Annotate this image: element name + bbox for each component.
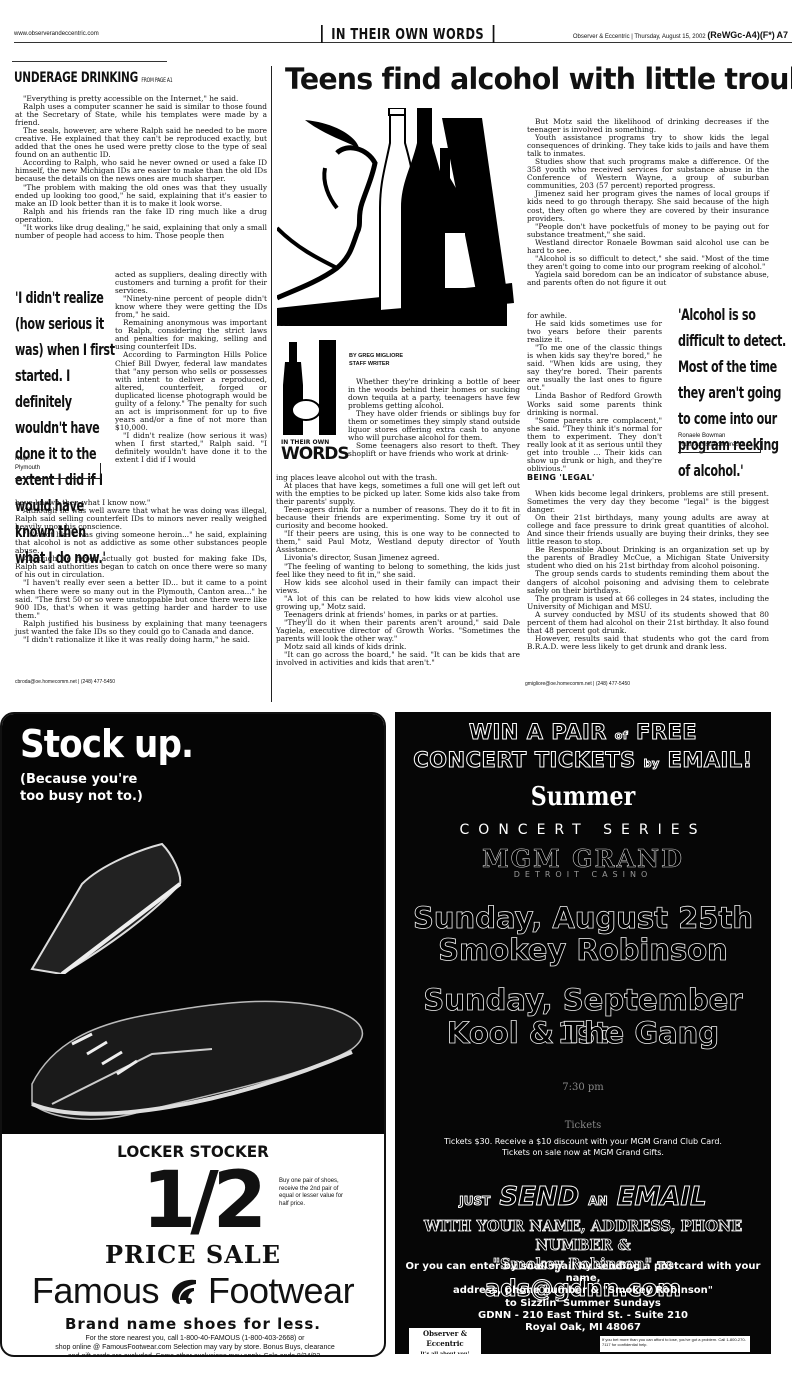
attr-title: Youth Assistance director [678, 441, 745, 450]
famous-footwear-logo-icon [168, 1276, 198, 1306]
main-signoff[interactable]: gmigliore@oe.homecomm.net | (248) 477-54… [525, 681, 630, 687]
paragraph: Studies show that such programs make a d… [527, 158, 769, 190]
venue-logo: MGM GRAND [395, 844, 771, 873]
main-col1-narrow: Whether they're drinking a bottle of bee… [348, 378, 520, 458]
headline: Teens find alcohol with little trouble [285, 62, 792, 96]
byline-role: STAFF WRITER [349, 360, 403, 368]
ticket-info: Tickets $30. Receive a $10 discount with… [395, 1136, 771, 1158]
pull-quote-attribution: Ralph Plymouth [15, 455, 40, 473]
main-col2-top: But Motz said the likelihood of drinking… [527, 118, 769, 287]
faint-tickets: Tickets [395, 1120, 771, 1131]
left-pull-quote: 'I didn't realize (how serious it was) w… [15, 285, 115, 455]
paragraph: However, results said that students who … [527, 635, 769, 651]
kicker-title: UNDERAGE DRINKING [14, 70, 138, 86]
paragraph: "It's not like I was giving someone hero… [15, 531, 267, 555]
paragraph: Ralph justified his business by explaini… [15, 620, 267, 636]
paragraph: How kids see alcohol used in their famil… [276, 579, 520, 595]
fine-print: For the store nearest you, call 1-800-40… [12, 1334, 378, 1357]
paragraph: "It can go across the board," he said. "… [276, 651, 520, 667]
concert-act-1: Smokey Robinson [395, 934, 771, 967]
left-article-top: "Everything is pretty accessible on the … [15, 95, 267, 240]
left-signoff[interactable]: cbroda@oe.homecomm.net | (248) 477-5450 [15, 679, 115, 685]
edition-code: (ReWGc-A4)(F*) [707, 30, 775, 40]
byline: BY GREG MIGLIORE STAFF WRITER [349, 352, 403, 368]
ad-sub-line2: too busy not to.) [20, 788, 143, 805]
paragraph: A survey conducted by MSU of its student… [527, 611, 769, 635]
shoe-pair-icon [12, 964, 382, 1134]
main-col2-narrow: for awhile. He said kids sometimes use f… [527, 312, 662, 473]
paragraph: Teen-agers drink for a number of reasons… [276, 506, 520, 530]
paragraph: "People don't have pocketfuls of money t… [527, 223, 769, 239]
snail-mail-info: Or you can enter by snail mail by sendin… [395, 1261, 771, 1334]
paragraph: "I haven't really ever seen a better ID.… [15, 579, 267, 619]
paragraph: Jimenez said her program gives the names… [527, 190, 769, 222]
paragraph: "To me one of the classic things is when… [527, 344, 662, 392]
dateline-text: Observer & Eccentric | Thursday, August … [573, 34, 706, 40]
paragraph: Linda Bashor of Redford Growth Works sai… [527, 392, 662, 416]
brand-right: Footwear [208, 1270, 354, 1311]
attr-name: Ronaele Bowman [678, 432, 745, 441]
fine-line3: and gift cards are excluded. Some other … [12, 1352, 378, 1357]
paragraph: Whether they're drinking a bottle of bee… [348, 378, 520, 410]
paragraph: "A lot of this can be related to how kid… [276, 595, 520, 611]
concert-date-1: Sunday, August 25th [395, 902, 771, 935]
page-number: A7 [776, 30, 788, 40]
paragraph: Although he was well aware that what he … [15, 507, 267, 531]
paragraph: "I didn't realize (how serious it was) w… [115, 432, 267, 464]
site-url[interactable]: www.observerandeccentric.com [14, 31, 99, 37]
paragraph: Some teenagers also resort to theft. The… [348, 442, 520, 458]
snail-line1: Or you can enter by snail mail by sendin… [395, 1261, 771, 1285]
ticket-line1: Tickets $30. Receive a $10 discount with… [395, 1136, 771, 1147]
fine-line1: For the store nearest you, call 1-800-40… [12, 1334, 378, 1343]
send-email-headline: JUST SEND AN EMAIL [395, 1182, 771, 1212]
right-pull-quote: 'Alcohol is so difficult to detect. Most… [678, 302, 788, 422]
paragraph: Although he never actually got busted fo… [15, 555, 267, 579]
ad-subheadline: (Because you're too busy not to.) [20, 771, 143, 805]
paragraph: "It works like drug dealing," he said, e… [15, 224, 267, 240]
paragraph: "Ninety-nine percent of people didn't kn… [115, 295, 267, 319]
main-col1-wide: ing places leave alcohol out with the tr… [276, 474, 520, 667]
paragraph: The group sends cards to students remind… [527, 570, 769, 594]
concert-act-2: Kool & The Gang [395, 1017, 771, 1050]
paragraph: At places that have kegs, sometimes a fu… [276, 482, 520, 506]
paragraph: acted as suppliers, dealing directly wit… [115, 271, 267, 295]
paragraph: Ralph and his friends ran the fake ID ri… [15, 208, 267, 224]
paragraph: "Alcohol is so difficult to detect," she… [527, 255, 769, 271]
paragraph: "The problem with making the old ones wa… [15, 184, 267, 208]
win-by: by [644, 757, 660, 770]
snail-line2: address, phone number & "Smokey Robinson… [395, 1285, 771, 1297]
win-of: of [615, 729, 628, 742]
pull-rule-v [760, 438, 761, 453]
paragraph: According to Ralph, who said he never ow… [15, 159, 267, 183]
pull-rule [678, 452, 760, 453]
paragraph: When kids become legal drinkers, problem… [527, 490, 769, 514]
left-article-bottom: have known then what I know now." Althou… [15, 499, 267, 644]
pull-quote-attribution: Ronaele Bowman Youth Assistance director [678, 432, 745, 450]
paragraph: "They'll do it when their parents aren't… [276, 619, 520, 643]
half-fraction: 1/2 [142, 1162, 261, 1240]
win-headline: WIN A PAIR of FREE CONCERT TICKETS by EM… [395, 720, 771, 776]
paragraph: He said kids sometimes use for two years… [527, 320, 662, 344]
paragraph: "The feeling of wanting to belong to som… [276, 563, 520, 579]
attr-name: Ralph [15, 455, 40, 464]
email-word: EMAIL [617, 1182, 707, 1212]
win-line2b: EMAIL! [667, 748, 752, 772]
venue-city: DETROIT CASINO [395, 870, 771, 879]
paragraph: Youth assistance programs try to show ki… [527, 134, 769, 158]
ticket-line2: Tickets on sale now at MGM Grand Gifts. [395, 1147, 771, 1158]
brand-left: Famous [32, 1270, 159, 1311]
paragraph: "If their peers are using, this is one w… [276, 530, 520, 554]
buy-one-text: Buy one pair of shoes, receive the 2nd p… [279, 1178, 349, 1208]
oe-logo: Observer & Eccentric It's all about you! [409, 1328, 481, 1354]
win-line1b: FREE [636, 720, 697, 744]
fine-line2[interactable]: shop online @ FamousFootwear.com Selecti… [12, 1343, 378, 1352]
paragraph: The program is used at 66 colleges in 24… [527, 595, 769, 611]
left-article-narrow: acted as suppliers, dealing directly wit… [115, 271, 267, 464]
series-title: CONCERT SERIES [395, 822, 771, 838]
summer-title: Summer [423, 782, 743, 812]
paragraph: But Motz said the likelihood of drinking… [527, 118, 769, 134]
tagline: Brand name shoes for less. [2, 1315, 384, 1333]
oe-logo-name: Observer & Eccentric [410, 1329, 480, 1349]
paragraph: Be Responsible About Drinking is an orga… [527, 546, 769, 570]
masthead: www.observerandeccentric.com IN THEIR OW… [14, 27, 792, 43]
win-line2a: CONCERT TICKETS [413, 748, 636, 772]
pull-quote-text: 'Alcohol is so difficult to detect. Most… [678, 302, 790, 484]
paragraph: The seals, however, are where Ralph said… [15, 127, 267, 159]
paragraph: Yagiela said boredom can be an indicator… [527, 271, 769, 287]
paragraph: Remaining anonymous was important to Ral… [115, 319, 267, 351]
paragraph: "I didn't rationalize it like it was rea… [15, 636, 267, 644]
byline-name: BY GREG MIGLIORE [349, 352, 403, 360]
paragraph: They have older friends or siblings buy … [348, 410, 520, 442]
snail-line3: to Sizzlin' Summer Sundays [395, 1298, 771, 1310]
concert-ad[interactable]: WIN A PAIR of FREE CONCERT TICKETS by EM… [395, 712, 771, 1354]
kicker-rule [12, 61, 167, 62]
kicker: UNDERAGE DRINKING FROM PAGE A1 [14, 70, 172, 86]
brand-logo: Famous Footwear [2, 1270, 384, 1312]
price-sale: PRICE SALE [2, 1240, 384, 1269]
bottle-logo-icon [281, 340, 336, 435]
ad-sub-line1: (Because you're [20, 771, 143, 788]
just-word: JUST [459, 1194, 490, 1208]
famous-footwear-ad[interactable]: Stock up. (Because you're too busy not t… [0, 712, 386, 1357]
oe-logo-tag: It's all about you! [410, 1349, 480, 1354]
main-col2-bottom: When kids become legal drinkers, problem… [527, 490, 769, 651]
faint-time: 7:30 pm [395, 1082, 771, 1093]
jump-line: FROM PAGE A1 [141, 77, 172, 84]
dateline: Observer & Eccentric | Thursday, August … [573, 30, 788, 40]
paragraph: On their 21st birthdays, many young adul… [527, 514, 769, 546]
pull-rule [15, 478, 101, 479]
win-line1a: WIN A PAIR [469, 720, 607, 744]
paragraph: According to Farmington Hills Police Chi… [115, 351, 267, 431]
send-word: SEND [499, 1182, 579, 1212]
pull-rule-v [100, 463, 101, 479]
shoe-top-icon [22, 824, 192, 974]
an-word: AN [588, 1194, 607, 1208]
with-line: WITH YOUR NAME, ADDRESS, PHONE NUMBER & [395, 1217, 771, 1255]
attr-place: Plymouth [15, 464, 40, 473]
column-logo: IN THEIR OWN WORDS [281, 340, 336, 462]
column-divider [271, 66, 272, 702]
section-title: IN THEIR OWN WORDS [321, 25, 494, 43]
logo-line2: WORDS [281, 446, 336, 463]
ad-headline: Stock up. [20, 722, 193, 766]
bottles-illustration-icon [277, 108, 517, 326]
paragraph: Ralph uses a computer scanner he said is… [15, 103, 267, 127]
subhead: BEING 'LEGAL' [527, 473, 595, 482]
paragraph: Westland director Ronaele Bowman said al… [527, 239, 769, 255]
snail-line4: GDNN - 210 East Third St. - Suite 210 [395, 1310, 771, 1322]
gambling-notice: If you bet more than you can afford to l… [600, 1336, 750, 1352]
paragraph: "Some parents are complacent," she said.… [527, 417, 662, 473]
